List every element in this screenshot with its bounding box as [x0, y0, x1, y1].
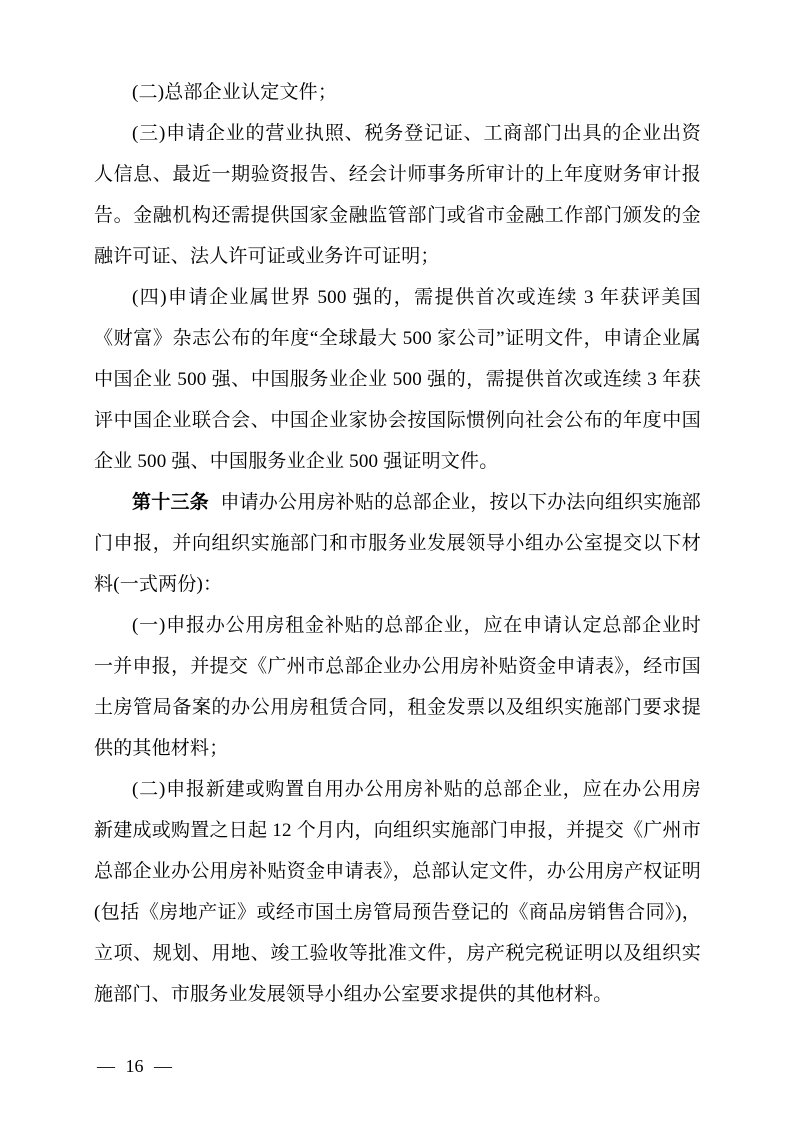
- paragraph-text: (三)申请企业的营业执照、税务登记证、工商部门出具的企业出资人信息、最近一期验资…: [94, 123, 701, 267]
- paragraph-item-2: (二)总部企业认定文件；: [94, 72, 701, 113]
- paragraph-item-4: (四)申请企业属世界 500 强的，需提供首次或连续 3 年获评美国《财富》杂志…: [94, 277, 701, 482]
- paragraph-item-1-rent: (一)申报办公用房租金补贴的总部企业，应在申请认定总部企业时一并申报，并提交《广…: [94, 605, 701, 769]
- document-body: (二)总部企业认定文件； (三)申请企业的营业执照、税务登记证、工商部门出具的企…: [94, 72, 701, 1015]
- article-number-label: 第十三条: [132, 492, 209, 513]
- paragraph-item-3: (三)申请企业的营业执照、税务登记证、工商部门出具的企业出资人信息、最近一期验资…: [94, 113, 701, 277]
- page-number: — 16 —: [97, 1053, 172, 1079]
- paragraph-article-13: 第十三条申请办公用房补贴的总部企业，按以下办法向组织实施部门申报，并向组织实施部…: [94, 482, 701, 605]
- paragraph-item-2-purchase: (二)申报新建或购置自用办公用房补贴的总部企业，应在办公用房新建成或购置之日起 …: [94, 769, 701, 1015]
- paragraph-text: (四)申请企业属世界 500 强的，需提供首次或连续 3 年获评美国《财富》杂志…: [94, 287, 701, 472]
- paragraph-text: (一)申报办公用房租金补贴的总部企业，应在申请认定总部企业时一并申报，并提交《广…: [94, 615, 701, 759]
- document-page: (二)总部企业认定文件； (三)申请企业的营业执照、税务登记证、工商部门出具的企…: [0, 0, 794, 1123]
- paragraph-text: (二)申报新建或购置自用办公用房补贴的总部企业，应在办公用房新建成或购置之日起 …: [94, 779, 701, 1005]
- paragraph-text: (二)总部企业认定文件；: [132, 82, 337, 103]
